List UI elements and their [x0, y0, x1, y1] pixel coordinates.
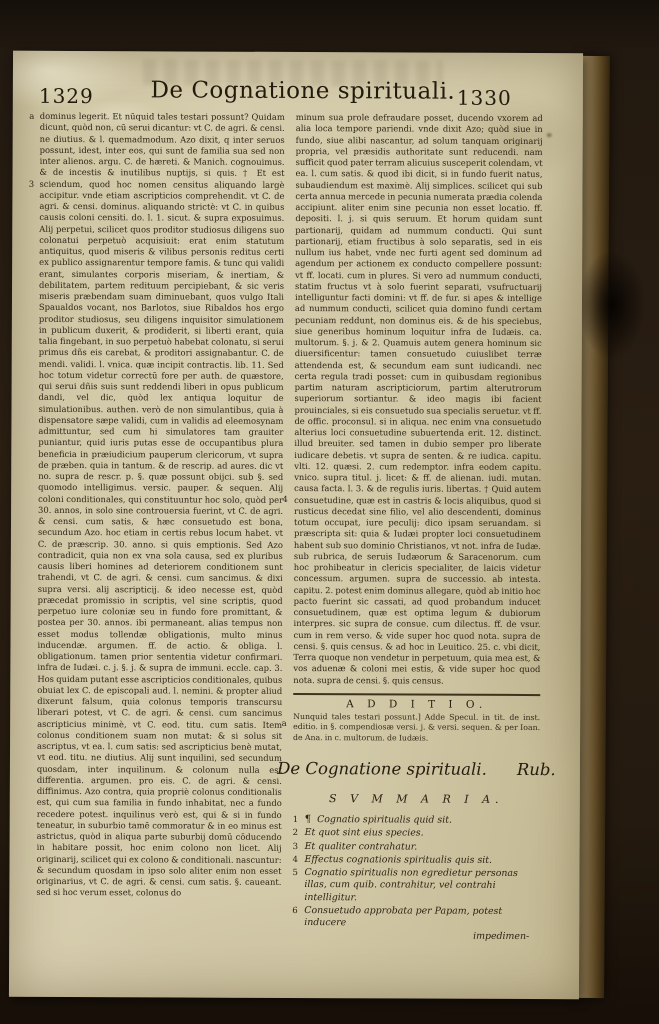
summaria-item: 6 Consuetudo approbata per Papam, potest…: [304, 905, 539, 943]
summaria-item-text: Et qualiter contrahatur.: [305, 841, 418, 852]
additio-section: A D D I T I O. Nunquid tales testari pos…: [293, 693, 540, 744]
summaria-item-number: 1: [293, 814, 298, 826]
summaria-item: 3 Et qualiter contrahatur.: [305, 841, 540, 854]
right-column-text: minum sua prole defraudare posset, ducen…: [293, 112, 543, 687]
summaria-list: 1 ¶ Cognatio spiritualis quid sit. 2 Et …: [292, 814, 540, 943]
left-column-text: dominus legerit. Et nūquid tales testari…: [36, 111, 284, 900]
summaria-item-text: Et quot sint eius species.: [305, 827, 424, 839]
running-title: De Cognatione spirituali.: [108, 77, 498, 105]
summaria-item: 1 ¶ Cognatio spiritualis quid sit.: [305, 814, 540, 827]
summaria-item-number: 2: [293, 827, 298, 839]
left-margin-marker-a: a: [26, 112, 38, 122]
page-number-left: 1329: [39, 84, 94, 108]
additio-note: Nunquid tales testari possunt.] Adde Spe…: [293, 712, 540, 744]
additio-title: A D D I T I O.: [293, 698, 540, 711]
summaria-item: 2 Et quot sint eius species.: [305, 827, 540, 840]
book-page: 1329 De Cognatione spirituali. 1330 a 3 …: [9, 51, 583, 999]
ink-speck: [547, 133, 552, 137]
summaria-item: 4 Effectus cognationis spiritualis quis …: [305, 854, 540, 867]
left-column: dominus legerit. Et nūquid tales testari…: [36, 111, 284, 900]
summaria-item-text: Consuetudo approbata per Papam, potest i…: [304, 905, 502, 928]
chapter-title: De Cognatione spirituali.: [277, 759, 487, 779]
summaria-item-text: Cognatio spiritualis non egredietur pers…: [304, 867, 517, 903]
rubric-label: Rub.: [517, 760, 556, 779]
additio-rule: [293, 693, 540, 696]
summaria-item-number: 6: [292, 905, 297, 917]
summaria-item-number: 3: [293, 841, 298, 853]
summaria-item-number: 4: [293, 854, 298, 866]
summaria-title: S V M M A R I A.: [293, 792, 540, 806]
book-scan: 1329 De Cognatione spirituali. 1330 a 3 …: [0, 0, 659, 1024]
summaria-item-text: Cognatio spiritualis quid sit.: [317, 814, 452, 826]
edge-stain: [578, 250, 646, 360]
summaria-item-number: 5: [292, 867, 297, 879]
summaria-item: 5 Cognatio spiritualis non egredietur pe…: [304, 867, 539, 905]
page-number-right: 1330: [457, 86, 512, 110]
catchword: impedimen-: [304, 930, 539, 943]
right-column: minum sua prole defraudare posset, ducen…: [292, 112, 543, 944]
left-margin-marker-3: 3: [25, 180, 37, 190]
paragraph-ornament-icon: ¶: [305, 814, 311, 825]
chapter-rubric: De Cognatione spirituali. Rub.: [293, 759, 540, 779]
summaria-item-text: Effectus cognationis spiritualis quis si…: [305, 854, 493, 866]
